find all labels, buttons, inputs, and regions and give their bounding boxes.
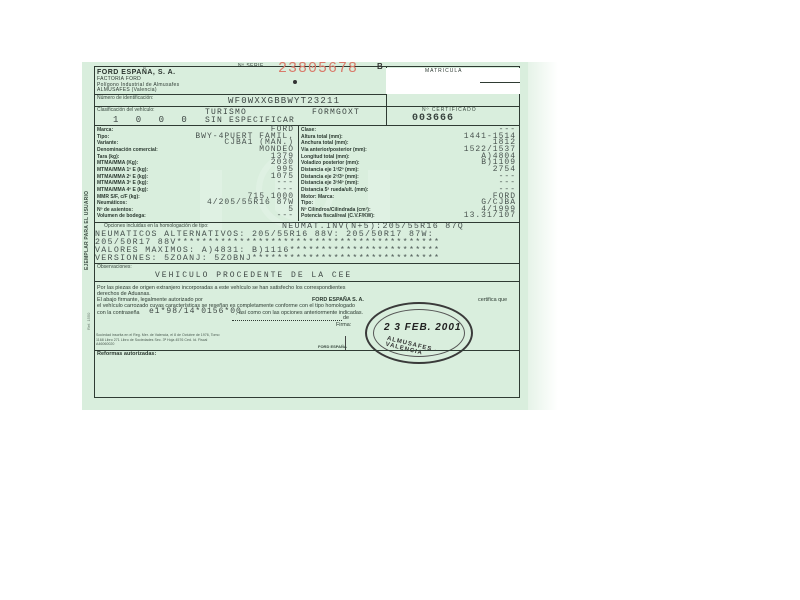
- spec-row: Tara (kg):1379: [97, 154, 294, 161]
- copy-label: EJEMPLAR PARA EL USUARIO: [84, 191, 90, 270]
- specs-right-column: Clase:---Altura total (mm):1441-1514Anch…: [301, 127, 516, 223]
- classification-subtype: SIN ESPECIFICAR: [205, 116, 295, 125]
- classification-code: 1 0 0 0: [113, 115, 193, 125]
- spec-row: Neumáticos:4/205/55R16 87W: [97, 200, 294, 207]
- options-line: VERSIONES: 5ZOANJ: 5ZOBNJ***************…: [95, 254, 440, 263]
- spec-label: Distancia eje 1º/2º (mm):: [301, 167, 359, 173]
- spec-value: 13.31/107: [464, 211, 516, 220]
- spec-label: Potencia fiscal/real (C.V.F/KW):: [301, 213, 375, 219]
- spec-label: Tipo:: [97, 134, 109, 140]
- password-label: con la contraseña: [97, 310, 140, 317]
- specs-left-column: Marca:FORDTipo:BWY-4PUERT FAMIL.Variante…: [97, 127, 294, 223]
- spec-label: MMR S/F, c/F (kg):: [97, 194, 140, 200]
- spec-row: Distancia eje 2º/3º (mm):---: [301, 174, 516, 181]
- spec-label: Variante:: [97, 140, 118, 146]
- spec-label: Distancia eje 2º/3º (mm):: [301, 174, 359, 180]
- homologation-password: e1*98/14*0156*00: [149, 307, 242, 316]
- spec-row: Nº de asientos:5: [97, 207, 294, 214]
- spec-label: MTMA/MMA 3º E (kg):: [97, 180, 148, 186]
- spec-label: MTMA/MMA 4º E (kg):: [97, 187, 148, 193]
- stamp-date: 2 3 FEB. 2001: [384, 322, 461, 333]
- registry-small-print: Sociedad inscrita en el Reg. Mer. de Val…: [96, 333, 226, 347]
- spec-label: Denominación comercial:: [97, 147, 158, 153]
- identification-label: Número de identificación:: [97, 95, 153, 101]
- company-name: FORD ESPAÑA, S. A.: [97, 69, 176, 76]
- spec-label: Tara (kg):: [97, 154, 119, 160]
- spec-row: Distancia 5ª rueda/ult. (mm):---: [301, 187, 516, 194]
- observations-value: VEHICULO PROCEDENTE DE LA CEE: [155, 271, 352, 280]
- classification-right-code: FORMGOXT: [312, 108, 360, 117]
- spec-label: Nº Cilindros/Cilindrada (cm³):: [301, 207, 371, 213]
- serie-suffix: B: [377, 62, 383, 71]
- matricula-label: MATRICULA: [425, 68, 463, 74]
- vin-number: WF0WXXGBBWYT23211: [228, 96, 340, 106]
- de-label: de: [343, 315, 349, 322]
- spec-row: MTMA/MMA 1º E (kg):995: [97, 167, 294, 174]
- spec-value: 4/205/55R16 87W: [207, 198, 294, 207]
- serie-label: Nº SERIE: [238, 63, 264, 69]
- spec-label: Vía anterior/posterior (mm):: [301, 147, 367, 153]
- classification-label: Clasificación del vehículo:: [97, 107, 155, 113]
- serie-number: 23805678: [278, 60, 358, 77]
- firma-label: Firma:: [336, 322, 351, 329]
- reforms-label: Reformas autorizadas:: [97, 351, 156, 357]
- signature: [345, 336, 366, 351]
- spec-label: Motor: Marca:: [301, 194, 334, 200]
- signature-company: FORD ESPAÑA: [318, 344, 347, 349]
- spec-label: Clase:: [301, 127, 316, 133]
- spec-label: Neumáticos:: [97, 200, 127, 206]
- spec-label: MTMA/MMA 1º E (kg):: [97, 167, 148, 173]
- punch-mark: [293, 80, 297, 84]
- options-label: Opciones incluidas en la homologación de…: [104, 223, 209, 229]
- spec-row: Denominación comercial:MONDEO: [97, 147, 294, 154]
- spec-label: MTMA/MMA 2º E (kg):: [97, 174, 148, 180]
- spec-label: MTMA/MMA (Kg):: [97, 160, 138, 166]
- certificate-number: 003666: [412, 113, 454, 124]
- spec-row: MTMA/MMA 3º E (kg):---: [97, 180, 294, 187]
- spec-row: Distancia eje 1º/2º (mm):2754: [301, 167, 516, 174]
- spec-row: MTMA/MMA (Kg):2030: [97, 160, 294, 167]
- spec-label: Longitud total (mm):: [301, 154, 350, 160]
- company-address: FACTORIA FORD Polígono Industrial de Alm…: [97, 77, 179, 94]
- spec-value: ---: [277, 211, 294, 220]
- spec-label: Distancia eje 3º/4º (mm):: [301, 180, 359, 186]
- spec-label: Voladizo posterior (mm):: [301, 160, 360, 166]
- spec-label: Distancia 5ª rueda/ult. (mm):: [301, 187, 368, 193]
- official-stamp: 2 3 FEB. 2001 ALMUSAFES - VALENCIA: [365, 302, 473, 364]
- spec-row: Potencia fiscal/real (C.V.F/KW):13.31/10…: [301, 213, 516, 220]
- spec-row: Altura total (mm):1441-1514: [301, 134, 516, 141]
- spec-label: Marca:: [97, 127, 113, 133]
- spec-row: Distancia eje 3º/4º (mm):---: [301, 180, 516, 187]
- spec-row: MTMA/MMA 2º E (kg):1075: [97, 174, 294, 181]
- observations-label: Observaciones:: [97, 264, 132, 270]
- spec-label: Nº de asientos:: [97, 207, 133, 213]
- spec-label: Altura total (mm):: [301, 134, 343, 140]
- form-code: Ref. 1550: [86, 313, 91, 330]
- spec-row: Voladizo posterior (mm):B)1109: [301, 160, 516, 167]
- spec-label: Anchura total (mm):: [301, 140, 349, 146]
- company-line: ALMUSAFES (Valencia): [97, 88, 179, 94]
- spec-label: Volumen de bodega:: [97, 213, 146, 219]
- spec-label: Tipo:: [301, 200, 313, 206]
- certifies-text: certifica que: [478, 297, 507, 304]
- spec-row: Volumen de bodega:---: [97, 213, 294, 220]
